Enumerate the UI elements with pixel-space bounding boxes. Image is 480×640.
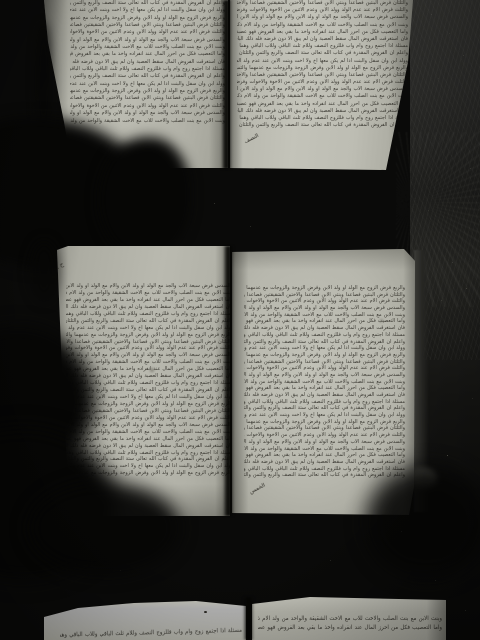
text-block: وبنت الابن مع بنت الصلب والاخت للاب مع ا… [258, 615, 442, 635]
manuscript-page-middle-right: والربع فرض الزوج مع الولد او ولد الابن و… [232, 249, 416, 515]
catchword: الخمس [249, 482, 267, 495]
text-block: مسئلة اذا اجتمع زوج وام واب فللزوج النصف… [60, 627, 242, 640]
text-block: والثلثان فرض البنتين فصاعدا وبنتي الابن … [237, 0, 408, 130]
manuscript-page-bottom-left: مسئلة اذا اجتمع زوج وام واب فللزوج النصف… [44, 601, 246, 640]
script-line: وولد ابن وان سفل والبنت اذا لم يكن معها … [70, 7, 225, 15]
text-block: والربع فرض الزوج مع الولد او ولد الابن و… [244, 285, 405, 480]
manuscript-page-top-right: والثلثان فرض البنتين فصاعدا وبنتي الابن … [230, 0, 414, 170]
binding-gutter-shadow [223, 246, 234, 516]
script-line: وولد ابن وان سفل والبنت اذا لم يكن معها … [237, 57, 408, 65]
manuscript-page-bottom-right: وبنت الابن مع بنت الصلب والاخت للاب مع ا… [252, 597, 446, 640]
script-line: واعلم ان الفروض المقدرة في كتاب الله تعا… [237, 50, 408, 58]
bottom-right-shadow [366, 466, 480, 578]
script-line: واعلم ان الفروض المقدرة في كتاب الله تعا… [237, 122, 408, 130]
script-line: واما التعصيب فكل من احرز المال عند انفرا… [66, 435, 233, 442]
script-line: والربع فرض الزوج مع الولد او ولد الابن و… [66, 331, 233, 338]
binding-gutter-shadow [243, 597, 254, 640]
script-line: واعلم ان الفروض المقدرة في كتاب الله تعا… [66, 317, 233, 324]
script-line: فان استغرقت الفروض المال سقط العصبة وان … [66, 442, 233, 449]
script-line: واعلم ان الفروض المقدرة في كتاب الله تعا… [244, 472, 405, 479]
script-line: والثلث فرض الام عند عدم الولد وولد الابن… [70, 29, 225, 37]
script-line: فان استغرقت الفروض المال سقط العصبة وان … [244, 459, 405, 466]
script-line: مسئلة اذا اجتمع زوج وام واب فللزوج النصف… [66, 311, 233, 318]
hand-shadow-lobe [98, 137, 190, 257]
script-line: والسدس فرض سبعة الاب والجد مع الولد او و… [244, 439, 405, 446]
bottom-left-shadow [28, 482, 180, 574]
script-line: مسئلة اذا اجتمع زوج وام واب فللزوج النصف… [244, 332, 405, 339]
script-line: والسدس فرض سبعة الاب والجد مع الولد او و… [70, 110, 225, 118]
ink-spot [204, 611, 207, 613]
script-line: والسدس فرض سبعة الاب والجد مع الولد او و… [237, 14, 408, 22]
ink-spot [150, 368, 154, 372]
catchword: النصف [243, 133, 259, 145]
binding-gutter-shadow [221, 0, 232, 169]
script-line: وبنت الابن مع بنت الصلب والاخت للاب مع ا… [237, 93, 408, 101]
corner-shadow [30, 240, 58, 302]
script-line: واما التعصيب فكل من احرز المال عند انفرا… [258, 624, 442, 634]
script-line: وبنت الابن مع بنت الصلب والاخت للاب مع ا… [70, 117, 225, 125]
manuscript-photograph: واعلم ان الفروض المقدرة في كتاب الله تعا… [0, 0, 480, 640]
dust-specks [0, 0, 1, 1]
script-line: والربع فرض الزوج مع الولد او ولد الابن و… [244, 352, 405, 359]
text-block: واعلم ان الفروض المقدرة في كتاب الله تعا… [70, 0, 225, 127]
ink-spot [380, 319, 383, 322]
script-line: وولد ابن وان سفل والبنت اذا لم يكن معها … [66, 324, 233, 331]
script-line: مسئلة اذا اجتمع زوج وام واب فللزوج النصف… [60, 627, 242, 640]
script-line: والسدس فرض سبعة الاب والجد مع الولد او و… [244, 372, 405, 379]
script-line: وبنت الابن مع بنت الصلب والاخت للاب مع ا… [66, 428, 233, 435]
